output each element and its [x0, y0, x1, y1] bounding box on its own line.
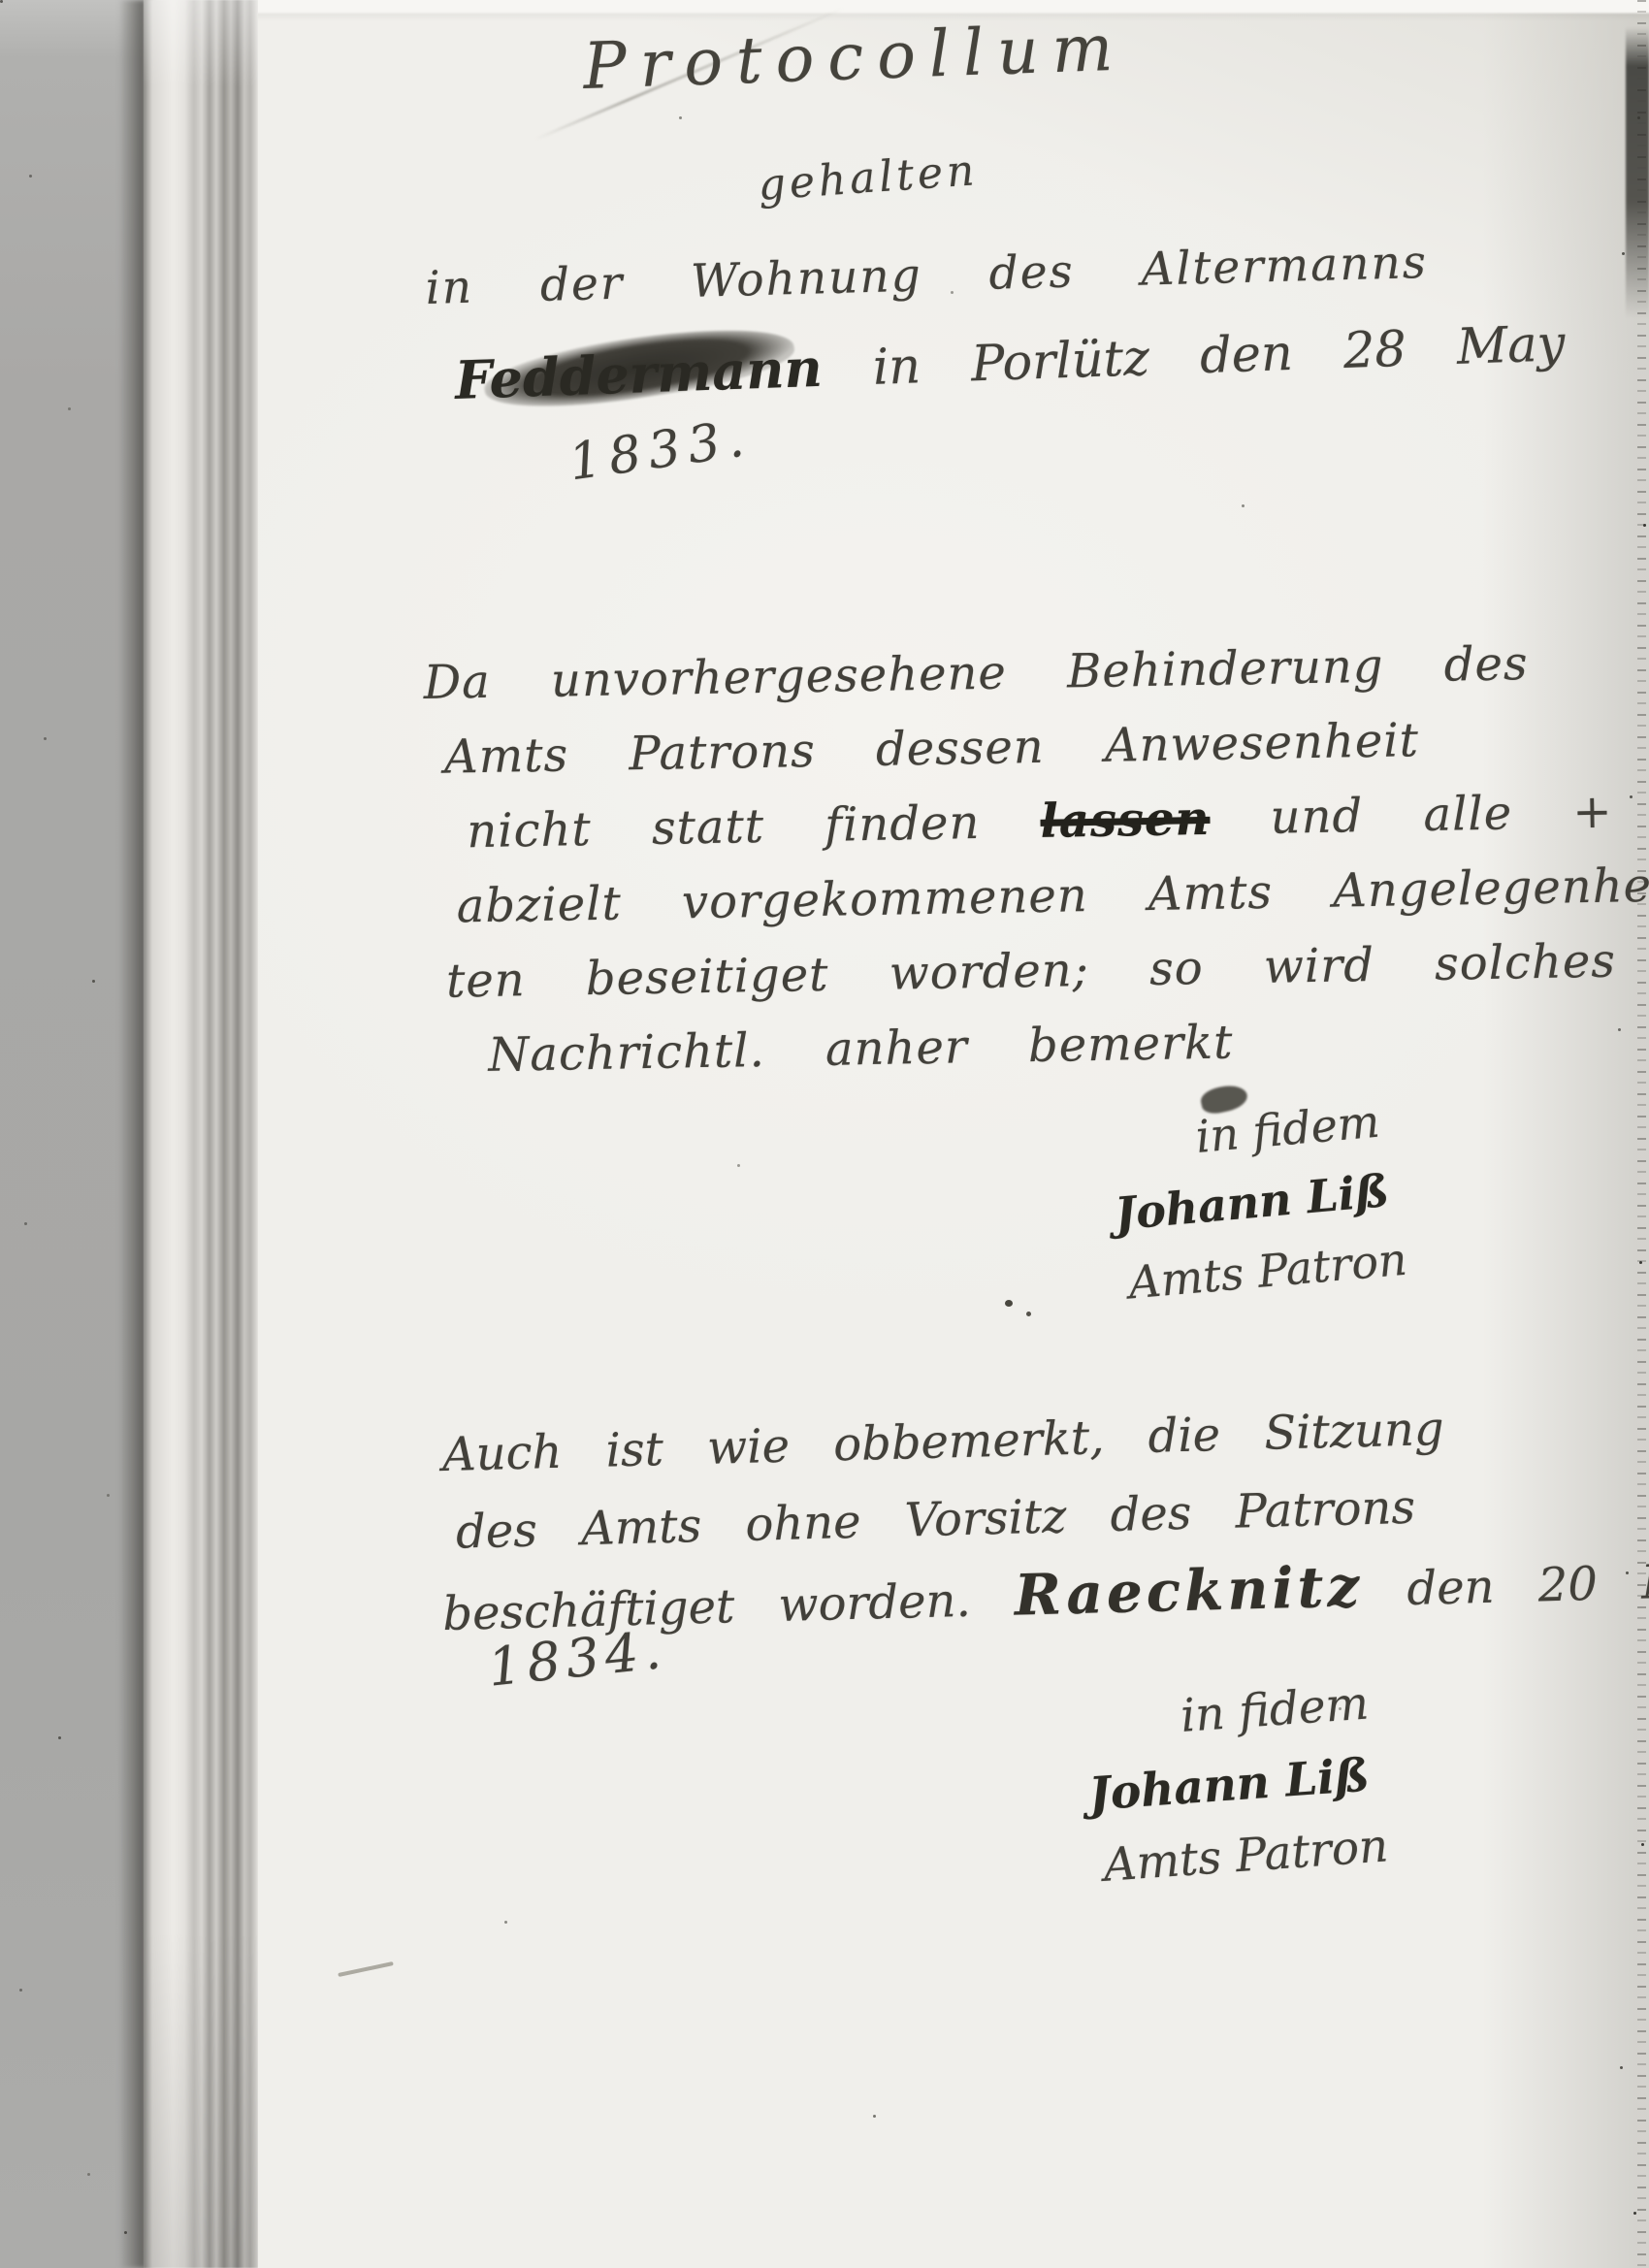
entry-1834-line-3-before: beschäftiget worden. — [442, 1573, 972, 1641]
signature-block-1834: in fidem Johann Liß Amts Patron — [1082, 1668, 1391, 1903]
protocol-entry-1833: Da unvorhergesehene Behinderung des Amts… — [423, 625, 1649, 1094]
signature-block-1833: in fidem Johann Liß Amts Patron — [1106, 1085, 1409, 1318]
name-feddermann: Feddermann — [454, 337, 824, 411]
protocol-entry-1834: Auch ist wie obbemerkt, die Sitzung des … — [441, 1382, 1649, 1653]
book-gutter-binding-shadow — [144, 0, 258, 2268]
ink-dot — [1026, 1312, 1031, 1316]
ink-dot — [1005, 1300, 1013, 1307]
scanned-manuscript-page: Protocollum gehalten in der Wohnung des … — [0, 0, 1649, 2268]
entry-1834-line-3-after: den 20 May — [1406, 1553, 1649, 1616]
entry-1833-line-3-before: nicht statt finden — [467, 795, 981, 859]
right-edge-speckles — [1637, 0, 1646, 2268]
entry-1833-line-3-after: und alle + — [1270, 785, 1613, 845]
place-raecknitz: Raecknitz — [1014, 1553, 1364, 1628]
dust-specks — [0, 0, 3, 3]
struck-word: lassen — [1040, 792, 1211, 849]
